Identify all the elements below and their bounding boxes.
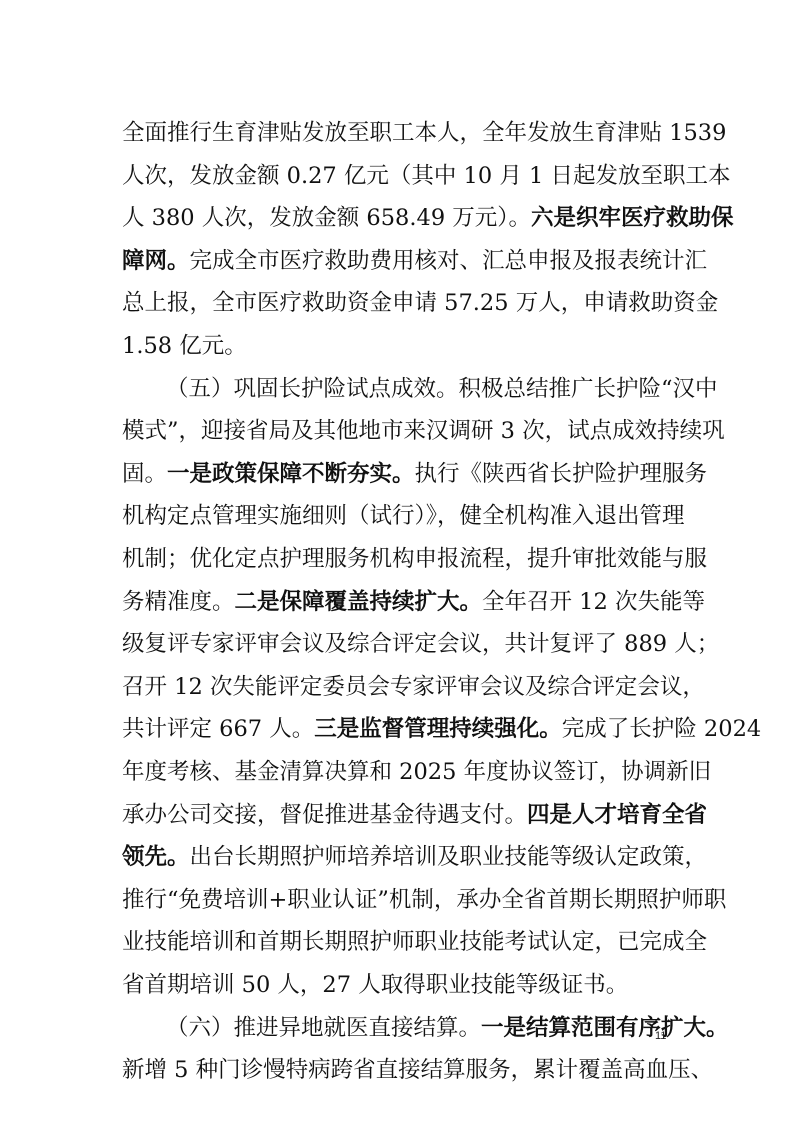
body-text-segment: 省首期培训 50 人，27 人取得职业技能等级证书。 [122,972,628,998]
body-text-segment: 业技能培训和首期长期照护师职业技能考试认定，已完成全 [122,929,707,955]
body-text-segment: 积极总结推广长护险“汉中 [459,376,718,402]
bold-heading-text: 一是结算范围有序扩大。 [481,1015,729,1041]
body-text-segment: （五）巩固长护险试点成效。 [166,376,459,402]
body-text-segment: 机构定点管理实施细则（试行）》，健全机构准入退出管理 [122,503,685,529]
text-line: 固。一是政策保障不断夯实。执行《陕西省长护险护理服务 [122,459,672,489]
text-line: 全面推行生育津贴发放至职工本人，全年发放生育津贴 1539 [122,118,672,148]
body-text-segment: 全年召开 12 次失能等 [482,589,705,615]
text-line: 1.58 亿元。 [122,331,672,361]
text-line: 新增 5 种门诊慢特病跨省直接结算服务，累计覆盖高血压、 [122,1055,672,1085]
body-text-segment: 推行“免费培训+职业认证”机制，承办全省首期长期照护师职 [122,887,726,913]
body-text-segment: 人次，发放金额 0.27 亿元（其中 10 月 1 日起发放至职工本 [122,163,730,189]
text-line: 召开 12 次失能评定委员会专家评审会议及综合评定会议， [122,672,672,702]
body-text-segment: 召开 12 次失能评定委员会专家评审会议及综合评定会议， [122,674,705,700]
text-line: 共计评定 667 人。三是监督管理持续强化。完成了长护险 2024 [122,714,672,744]
text-line: （六）推进异地就医直接结算。一是结算范围有序扩大。 [166,1013,672,1043]
body-text-segment: （六）推进异地就医直接结算。 [166,1015,481,1041]
text-line: 年度考核、基金清算决算和 2025 年度协议签订，协调新旧 [122,757,672,787]
text-line: 承办公司交接，督促推进基金待遇支付。四是人才培育全省 [122,800,672,830]
text-line: 机制；优化定点护理服务机构申报流程，提升审批效能与服 [122,544,672,574]
text-line: 模式”，迎接省局及其他地市来汉调研 3 次，试点成效持续巩 [122,416,672,446]
bold-heading-text: 障网。 [122,248,190,274]
body-text-segment: 人 380 人次，发放金额 658.49 万元）。 [122,205,531,231]
text-line: 务精准度。二是保障覆盖持续扩大。全年召开 12 次失能等 [122,587,672,617]
text-line: 人次，发放金额 0.27 亿元（其中 10 月 1 日起发放至职工本 [122,161,672,191]
text-line: 人 380 人次，发放金额 658.49 万元）。六是织牢医疗救助保 [122,203,672,233]
page-number: 11 [655,1030,666,1042]
text-line: 推行“免费培训+职业认证”机制，承办全省首期长期照护师职 [122,885,672,915]
bold-heading-text: 二是保障覆盖持续扩大。 [235,589,483,615]
body-text-segment: 模式”，迎接省局及其他地市来汉调研 3 次，试点成效持续巩 [122,418,725,444]
bold-heading-text: 三是监督管理持续强化。 [314,716,562,742]
body-text-segment: 全面推行生育津贴发放至职工本人，全年发放生育津贴 1539 [122,120,726,146]
body-text-segment: 出台长期照护师培养培训及职业技能等级认定政策， [190,844,708,870]
text-line: 省首期培训 50 人，27 人取得职业技能等级证书。 [122,970,672,1000]
text-line: 总上报，全市医疗救助资金申请 57.25 万人，申请救助资金 [122,288,672,318]
body-text-segment: 年度考核、基金清算决算和 2025 年度协议签订，协调新旧 [122,759,711,785]
body-text-segment: 承办公司交接，督促推进基金待遇支付。 [122,802,527,828]
text-line: 业技能培训和首期长期照护师职业技能考试认定，已完成全 [122,927,672,957]
text-line: 级复评专家评审会议及综合评定会议，共计复评了 889 人； [122,629,672,659]
body-text-segment: 1.58 亿元。 [122,333,247,359]
bold-heading-text: 六是织牢医疗救助保 [531,205,734,231]
body-text-segment: 新增 5 种门诊慢特病跨省直接结算服务，累计覆盖高血压、 [122,1057,713,1083]
body-text-segment: 级复评专家评审会议及综合评定会议，共计复评了 889 人； [122,631,719,657]
text-line: （五）巩固长护险试点成效。积极总结推广长护险“汉中 [166,374,672,404]
body-text-segment: 执行《陕西省长护险护理服务 [415,461,708,487]
body-text-segment: 务精准度。 [122,589,235,615]
bold-heading-text: 一是政策保障不断夯实。 [167,461,415,487]
text-line: 障网。完成全市医疗救助费用核对、汇总申报及报表统计汇 [122,246,672,276]
body-text-segment: 固。 [122,461,167,487]
body-text-segment: 总上报，全市医疗救助资金申请 57.25 万人，申请救助资金 [122,290,718,316]
body-text-segment: 机制；优化定点护理服务机构申报流程，提升审批效能与服 [122,546,707,572]
body-text-segment: 完成了长护险 2024 [562,716,761,742]
text-line: 机构定点管理实施细则（试行）》，健全机构准入退出管理 [122,501,672,531]
bold-heading-text: 四是人才培育全省 [527,802,707,828]
text-line: 领先。出台长期照护师培养培训及职业技能等级认定政策， [122,842,672,872]
body-text-segment: 共计评定 667 人。 [122,716,314,742]
bold-heading-text: 领先。 [122,844,190,870]
body-text-segment: 完成全市医疗救助费用核对、汇总申报及报表统计汇 [190,248,708,274]
document-page: 全面推行生育津贴发放至职工本人，全年发放生育津贴 1539人次，发放金额 0.2… [0,0,793,1122]
